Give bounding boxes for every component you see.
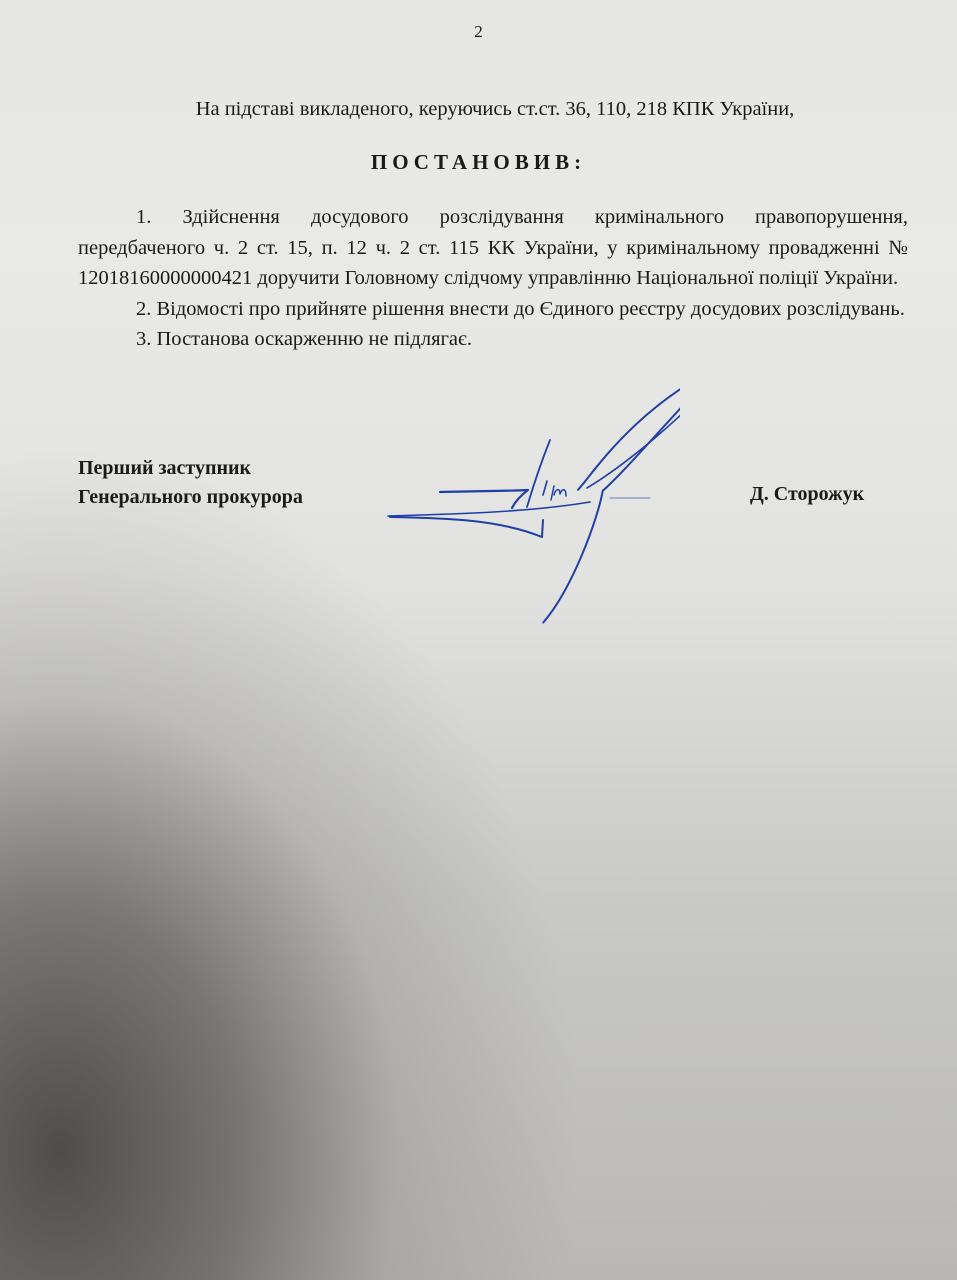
signatory-title-line2: Генерального прокурора bbox=[78, 483, 303, 512]
handwritten-signature-icon bbox=[380, 370, 680, 635]
resolution-item-2: 2. Відомості про прийняте рішення внести… bbox=[78, 294, 908, 325]
legal-basis-text: На підставі викладеного, керуючись ст.ст… bbox=[80, 98, 910, 121]
resolution-item-1: 1. Здійснення досудового розслідування к… bbox=[78, 202, 908, 294]
signatory-title: Перший заступник Генерального прокурора bbox=[78, 454, 303, 512]
signatory-title-line1: Перший заступник bbox=[78, 454, 303, 483]
page-number: 2 bbox=[0, 22, 957, 42]
document-page: 2 На підставі викладеного, керуючись ст.… bbox=[0, 0, 957, 1280]
resolution-heading: ПОСТАНОВИВ: bbox=[0, 150, 957, 175]
resolution-body: 1. Здійснення досудового розслідування к… bbox=[78, 202, 908, 355]
signatory-name: Д. Сторожук bbox=[750, 483, 864, 506]
resolution-item-3: 3. Постанова оскарженню не підлягає. bbox=[78, 324, 908, 355]
